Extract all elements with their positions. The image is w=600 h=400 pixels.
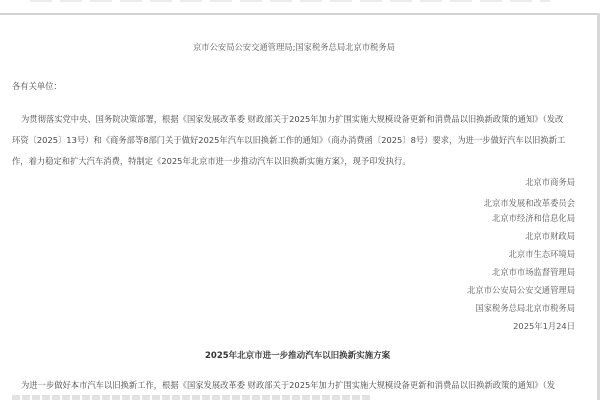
signature-line: 国家税务总局北京市税务局 [475, 302, 575, 314]
document-page: 发布时间：2025-01-24 信息提供：北京市商务局;北京市发展和改革委员会;… [0, 0, 600, 400]
signature-line: 北京市公安局公安交通管理局 [467, 284, 575, 296]
signature-line: 北京市市场监督管理局 [492, 266, 575, 278]
greeting: 各有关单位： [12, 80, 62, 92]
signature-date: 2025年1月24日 [513, 320, 575, 332]
signature-line: 北京市生态环境局 [509, 248, 575, 260]
plan-title: 2025年北京市进一步推动汽车以旧换新实施方案 [205, 349, 390, 361]
signature-line: 北京市经济和信息化局 [492, 212, 575, 224]
paragraph-line: 作，着力稳定和扩大汽车消费，特制定《2025年北京市进一步推动汽车以旧换新实施方… [12, 155, 411, 167]
signature-line: 北京市发展和改革委员会 [484, 197, 575, 209]
faded-header-text [30, 0, 550, 2]
truncated-text-line [12, 395, 372, 400]
signature-line: 北京市商务局 [525, 176, 575, 188]
header-strip [0, 0, 600, 15]
info-source-continued: 京市公安局公安交通管理局;国家税务总局北京市税务局 [193, 37, 395, 57]
paragraph-line: 为贯彻落实党中央、国务院决策部署，根据《国家发展改革委 财政部关于2025年加力… [21, 113, 563, 125]
signature-line: 北京市财政局 [525, 230, 575, 242]
plan-first-line: 为进一步做好本市汽车以旧换新工作，根据《国家发展改革委 财政部关于2025年加力… [21, 379, 555, 391]
paragraph-line: 环资〔2025〕13号）和《商务部等8部门关于做好2025年汽车以旧换新工作的通… [12, 134, 565, 146]
